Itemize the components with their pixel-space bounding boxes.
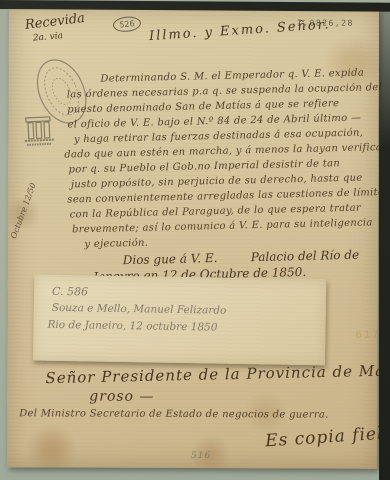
margin-date-note: Octubre 12/50 (9, 182, 38, 240)
photo-edge-right (379, 6, 390, 480)
body-line: y ejecución. (84, 238, 148, 251)
closing-place: Palacio del Río de (251, 248, 360, 265)
numbering-stamp: 526 (112, 15, 141, 33)
body-line: Determinando S. M. el Emperador q. V. E.… (100, 67, 364, 84)
monument-stamp (20, 113, 60, 151)
body-line: brevemente; así lo comunico á V. E. para… (72, 217, 373, 235)
copy-certification: Es copia fiel (265, 424, 384, 452)
address-line-1: Señor Presidente de la Provincia de Mato… (45, 361, 390, 387)
via-note: 2a. via (33, 31, 64, 43)
body-line: por q. su Pueblo el Gob.no Imperial desi… (68, 158, 340, 175)
document-photo: Recevida 2a. via 526 I.0826,28 Illmo. y … (0, 0, 390, 480)
slip-reference: C. 586 (52, 285, 88, 299)
body-line: dado que aun estén en marcha, y á menos … (64, 142, 390, 161)
letter-sheet: Recevida 2a. via 526 I.0826,28 Illmo. y … (7, 6, 379, 469)
catalog-slip: C. 586 Souza e Mello, Manuel Felizardo R… (33, 275, 326, 366)
page-number: 516 (191, 451, 211, 461)
slip-author: Souza e Mello, Manuel Felizardo (52, 302, 227, 317)
faint-number: 617 (356, 330, 381, 341)
address-line-2: groso — (89, 389, 154, 405)
slip-place-date: Rio de Janeiro, 12 octubre 1850 (47, 319, 217, 334)
closing-formula: Dios gue á V. E. (123, 251, 218, 267)
sender-line: Del Ministro Secretario de Estado de neg… (19, 408, 328, 420)
salutation: Illmo. y Exmo. Señor. (149, 17, 331, 44)
received-note: Recevida (24, 11, 85, 33)
body-line: puesto denominado San de Matías á que se… (67, 98, 339, 115)
